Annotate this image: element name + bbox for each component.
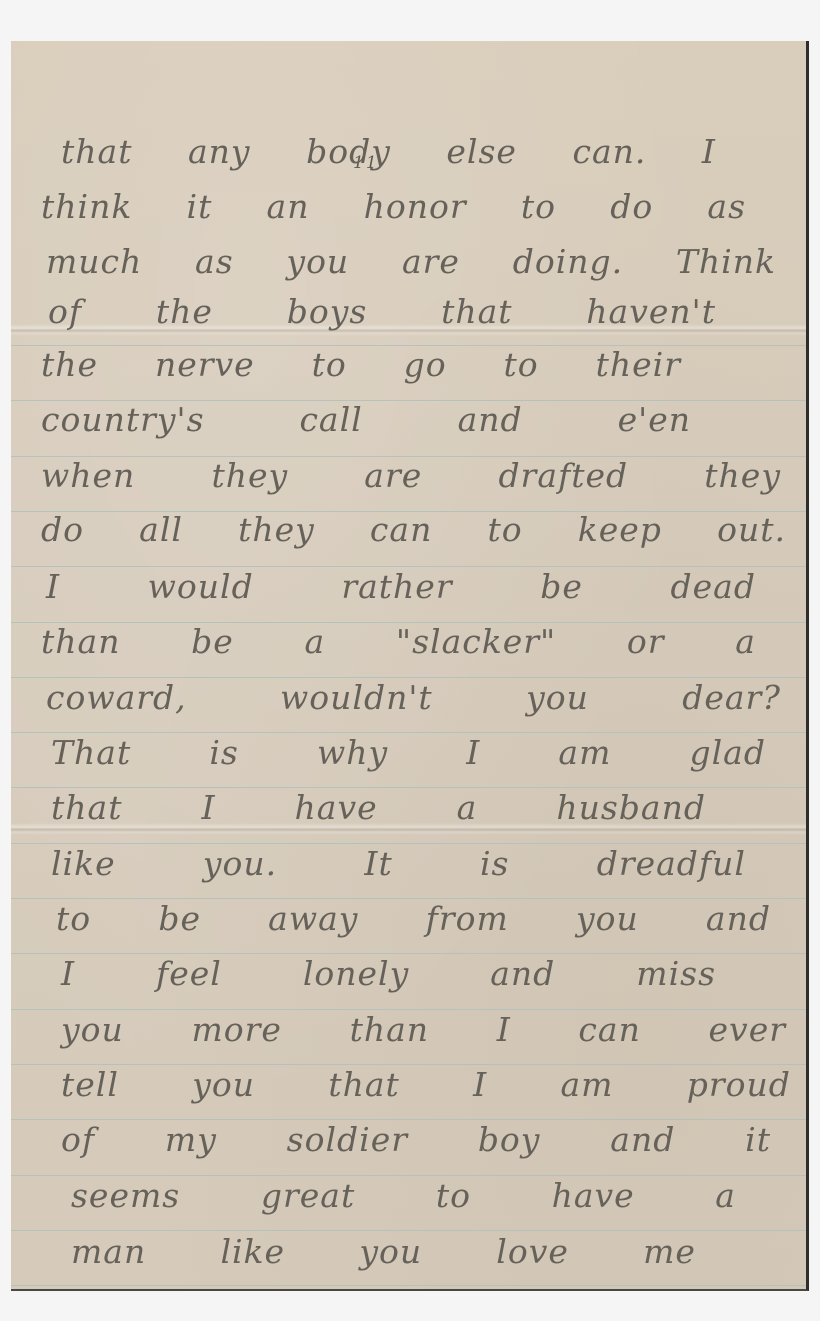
word: to: [487, 510, 522, 550]
word: you: [192, 1065, 255, 1105]
word: That: [51, 733, 131, 773]
word: to: [521, 187, 556, 227]
word: you: [286, 242, 349, 282]
word: be: [191, 622, 234, 662]
word: rather: [341, 567, 452, 607]
word: me: [643, 1232, 696, 1272]
word: to: [312, 345, 347, 385]
word: glad: [690, 733, 766, 773]
word: be: [158, 899, 201, 939]
word: lonely: [303, 954, 409, 994]
word: proud: [687, 1065, 791, 1105]
word: out.: [717, 510, 786, 550]
text-line: youmorethanIcanever: [11, 1000, 806, 1050]
word: it: [187, 187, 213, 227]
word: an: [267, 187, 310, 227]
text-line: tellyouthatIamproud: [11, 1055, 806, 1105]
word: Think: [676, 242, 776, 282]
word: have: [295, 788, 378, 828]
word: their: [596, 345, 681, 385]
word: wouldn't: [280, 678, 433, 718]
word: that: [51, 788, 122, 828]
word: nerve: [155, 345, 255, 385]
word: would: [148, 567, 254, 607]
word: you: [359, 1232, 422, 1272]
word: you: [576, 899, 639, 939]
word: they: [704, 456, 781, 496]
word: I: [473, 1065, 487, 1105]
ruled-line: [11, 1285, 806, 1286]
text-line: manlikeyouloveme: [11, 1222, 806, 1272]
word: is: [209, 733, 239, 773]
word: are: [364, 456, 422, 496]
word: of: [48, 292, 82, 332]
word: go: [404, 345, 447, 385]
word: I: [201, 788, 215, 828]
word: dead: [671, 567, 756, 607]
word: when: [41, 456, 135, 496]
text-line: tobeawayfromyouand: [11, 889, 806, 939]
word: they: [238, 510, 315, 550]
word: can: [370, 510, 432, 550]
text-line: ThatiswhyIamglad: [11, 723, 806, 773]
word: else: [446, 132, 517, 172]
word: it: [745, 1120, 771, 1160]
text-line: coward,wouldn'tyoudear?: [11, 668, 806, 718]
word: call: [299, 400, 362, 440]
word: you: [61, 1010, 124, 1050]
word: like: [51, 844, 116, 884]
word: away: [268, 899, 358, 939]
word: ever: [709, 1010, 786, 1050]
text-line: muchasyouaredoing.Think: [11, 232, 806, 282]
word: seems: [71, 1176, 180, 1216]
text-line: Ifeellonelyandmiss: [11, 944, 806, 994]
word: dreadful: [597, 844, 746, 884]
word: they: [211, 456, 288, 496]
word: I: [702, 132, 716, 172]
word: as: [195, 242, 234, 282]
word: more: [191, 1010, 281, 1050]
word: haven't: [586, 292, 716, 332]
word: a: [715, 1176, 736, 1216]
word: a: [457, 788, 478, 828]
word: be: [540, 567, 583, 607]
text-line: country'scallande'en: [11, 390, 806, 440]
word: miss: [636, 954, 716, 994]
word: "slacker": [396, 622, 556, 662]
word: or: [627, 622, 665, 662]
word: drafted: [498, 456, 628, 496]
word: the: [41, 345, 98, 385]
word: honor: [364, 187, 467, 227]
word: that: [328, 1065, 399, 1105]
word: am: [558, 733, 611, 773]
word: I: [61, 954, 75, 994]
word: I: [497, 1010, 511, 1050]
word: man: [71, 1232, 146, 1272]
word: It: [364, 844, 392, 884]
word: feel: [156, 954, 222, 994]
word: the: [156, 292, 213, 332]
word: you: [526, 678, 589, 718]
word: e'en: [618, 400, 691, 440]
word: I: [466, 733, 480, 773]
text-line: thinkitanhonortodoas: [11, 177, 806, 227]
word: a: [735, 622, 756, 662]
text-line: thenervetogototheir: [11, 335, 806, 385]
word: why: [317, 733, 388, 773]
word: think: [41, 187, 132, 227]
word: tell: [61, 1065, 119, 1105]
text-line: thanbea"slacker"ora: [11, 612, 806, 662]
word: that: [61, 132, 132, 172]
word: all: [139, 510, 183, 550]
text-line: thatanybodyelsecan.I: [11, 122, 806, 172]
text-line: ofmysoldierboyandit: [11, 1110, 806, 1160]
text-line: seemsgreattohavea: [11, 1166, 806, 1216]
word: you.: [203, 844, 277, 884]
word: are: [402, 242, 460, 282]
word: soldier: [287, 1120, 408, 1160]
word: can: [578, 1010, 640, 1050]
word: keep: [578, 510, 662, 550]
word: and: [610, 1120, 675, 1160]
word: and: [458, 400, 523, 440]
word: great: [261, 1176, 355, 1216]
word: boy: [478, 1120, 541, 1160]
word: than: [41, 622, 120, 662]
word: that: [441, 292, 512, 332]
text-line: whentheyaredraftedthey: [11, 446, 806, 496]
word: husband: [556, 788, 706, 828]
text-line: thatIhaveahusband: [11, 778, 806, 828]
text-line: Iwouldratherbedead: [11, 557, 806, 607]
word: I: [46, 567, 60, 607]
text-line: likeyou.Itisdreadful: [11, 834, 806, 884]
word: to: [56, 899, 91, 939]
word: to: [436, 1176, 471, 1216]
word: country's: [41, 400, 205, 440]
word: do: [41, 510, 84, 550]
word: is: [480, 844, 510, 884]
word: of: [61, 1120, 95, 1160]
word: my: [165, 1120, 217, 1160]
word: am: [560, 1065, 613, 1105]
word: can.: [572, 132, 646, 172]
letter-page: 11 thatanybodyelsecan.Ithinkitanhonortod…: [11, 41, 809, 1291]
word: do: [610, 187, 653, 227]
word: have: [552, 1176, 635, 1216]
word: and: [490, 954, 555, 994]
word: doing.: [513, 242, 623, 282]
word: from: [426, 899, 509, 939]
word: any: [188, 132, 251, 172]
word: body: [306, 132, 391, 172]
word: dear?: [682, 678, 781, 718]
word: to: [504, 345, 539, 385]
word: and: [706, 899, 771, 939]
text-line: oftheboysthathaven't: [11, 282, 806, 332]
text-line: doalltheycantokeepout.: [11, 500, 806, 550]
word: like: [220, 1232, 285, 1272]
word: a: [305, 622, 326, 662]
word: boys: [287, 292, 368, 332]
word: coward,: [46, 678, 187, 718]
word: love: [496, 1232, 569, 1272]
word: than: [350, 1010, 429, 1050]
word: much: [46, 242, 142, 282]
word: as: [707, 187, 746, 227]
